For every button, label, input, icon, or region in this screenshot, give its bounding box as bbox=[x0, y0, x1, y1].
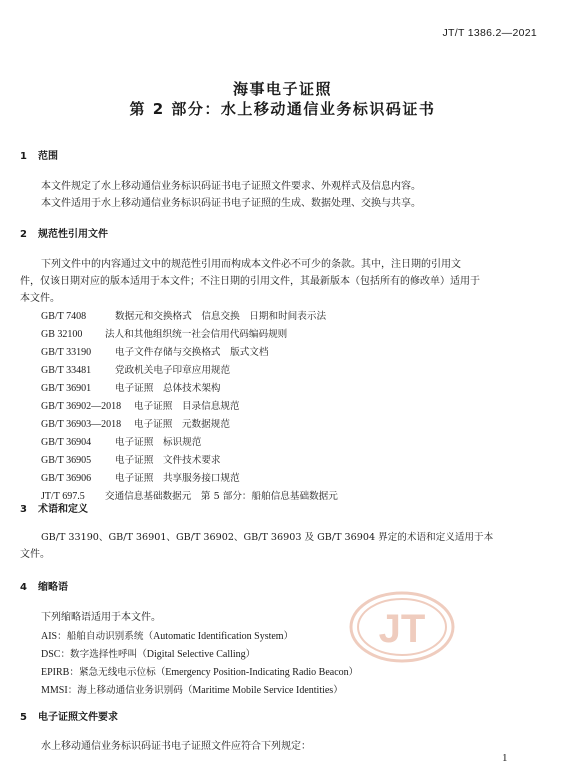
abbreviation: AIS bbox=[41, 631, 57, 642]
abbreviation-chinese: 船舶自动识别系统 bbox=[67, 631, 144, 642]
section-1-paragraph-1: 本文件规定了水上移动通信业务标识码证书电子证照文件要求、外观样式及信息内容。 bbox=[41, 178, 421, 195]
abbreviation-english: Emergency Position-Indicating Radio Beac… bbox=[165, 667, 348, 678]
section-number: 5 bbox=[20, 712, 38, 723]
abbreviation-english: Maritime Mobile Service Identities bbox=[192, 685, 333, 696]
abbreviation-chinese: 海上移动通信业务识别码 bbox=[77, 685, 183, 696]
reference-code: GB/T 36902—2018 bbox=[41, 401, 134, 412]
reference-title: 电子证照 元数据规范 bbox=[134, 416, 230, 430]
reference-item: GB/T 36905电子证照 文件技术要求 bbox=[41, 452, 221, 466]
section-5-paragraph: 水上移动通信业务标识码证书电子证照文件应符合下列规定： bbox=[41, 738, 311, 755]
section-title: 缩略语 bbox=[38, 582, 68, 593]
document-subtitle: 第 2 部分：水上移动通信业务标识码证书 bbox=[0, 98, 565, 119]
abbreviation-item: MMSI：海上移动通信业务识别码（Maritime Mobile Service… bbox=[41, 682, 343, 696]
reference-title: 电子证照 文件技术要求 bbox=[115, 452, 221, 466]
page-number: 1 bbox=[502, 752, 508, 764]
reference-item: GB/T 33481党政机关电子印章应用规范 bbox=[41, 362, 230, 376]
section-number: 4 bbox=[20, 582, 38, 593]
section-2-intro-line-1: 下列文件中的内容通过文中的规范性引用而构成本文件必不可少的条款。其中，注日期的引… bbox=[41, 256, 461, 273]
section-number: 1 bbox=[20, 151, 38, 162]
reference-code: GB/T 36904 bbox=[41, 437, 115, 448]
reference-title: 电子证照 目录信息规范 bbox=[134, 398, 240, 412]
reference-item: GB/T 33190电子文件存储与交换格式 版式文档 bbox=[41, 344, 269, 358]
jt-watermark-stamp: JT bbox=[348, 590, 456, 664]
reference-code: GB/T 36901 bbox=[41, 383, 115, 394]
section-title: 术语和定义 bbox=[38, 504, 88, 515]
watermark-text: JT bbox=[379, 607, 426, 651]
section-3-line-2: 文件。 bbox=[20, 546, 50, 563]
abbreviation-chinese: 数字选择性呼叫 bbox=[70, 649, 137, 660]
reference-title: 电子证照 总体技术架构 bbox=[115, 380, 221, 394]
abbreviation: DSC bbox=[41, 649, 60, 660]
abbreviation-english: Automatic Identification System bbox=[153, 631, 284, 642]
abbreviation: MMSI bbox=[41, 685, 68, 696]
section-number: 2 bbox=[20, 229, 38, 240]
section-2-intro-line-2: 件，仅该日期对应的版本适用于本文件；不注日期的引用文件，其最新版本（包括所有的修… bbox=[20, 273, 480, 290]
section-title: 范围 bbox=[38, 151, 58, 162]
abbreviation-english: Digital Selective Calling bbox=[147, 649, 246, 660]
section-1-paragraph-2: 本文件适用于水上移动通信业务标识码证书电子证照的生成、数据处理、交换与共享。 bbox=[41, 195, 421, 212]
section-4-heading: 4缩略语 bbox=[20, 578, 68, 593]
reference-code: GB/T 7408 bbox=[41, 311, 115, 322]
reference-item: GB/T 36903—2018电子证照 元数据规范 bbox=[41, 416, 230, 430]
section-title: 电子证照文件要求 bbox=[38, 712, 118, 723]
section-3-line-1: GB/T 33190、GB/T 36901、GB/T 36902、GB/T 36… bbox=[41, 529, 493, 546]
reference-code: GB/T 33481 bbox=[41, 365, 115, 376]
document-code: JT/T 1386.2—2021 bbox=[443, 27, 538, 39]
reference-title: 交通信息基础数据元 第 5 部分：船舶信息基础数据元 bbox=[105, 488, 338, 502]
reference-title: 电子证照 标识规范 bbox=[115, 434, 201, 448]
section-2-intro-line-3: 本文件。 bbox=[20, 290, 60, 307]
reference-code: GB/T 36903—2018 bbox=[41, 419, 134, 430]
reference-item: GB 32100法人和其他组织统一社会信用代码编码规则 bbox=[41, 326, 287, 340]
reference-item: GB/T 36906电子证照 共享服务接口规范 bbox=[41, 470, 240, 484]
jt-logo-icon: JT bbox=[348, 590, 456, 664]
reference-title: 电子文件存储与交换格式 版式文档 bbox=[115, 344, 269, 358]
abbreviation-item: AIS：船舶自动识别系统（Automatic Identification Sy… bbox=[41, 628, 293, 642]
reference-code: GB 32100 bbox=[41, 329, 105, 340]
section-5-heading: 5电子证照文件要求 bbox=[20, 708, 118, 723]
section-number: 3 bbox=[20, 504, 38, 515]
abbreviation: EPIRB bbox=[41, 667, 69, 678]
section-2-heading: 2规范性引用文件 bbox=[20, 225, 108, 240]
reference-code: GB/T 36906 bbox=[41, 473, 115, 484]
reference-title: 法人和其他组织统一社会信用代码编码规则 bbox=[105, 326, 287, 340]
abbreviation-chinese: 紧急无线电示位标 bbox=[79, 667, 156, 678]
section-title: 规范性引用文件 bbox=[38, 229, 108, 240]
abbreviation-item: DSC：数字选择性呼叫（Digital Selective Calling） bbox=[41, 646, 255, 660]
reference-item: GB/T 7408数据元和交换格式 信息交换 日期和时间表示法 bbox=[41, 308, 326, 322]
section-4-intro: 下列缩略语适用于本文件。 bbox=[41, 609, 161, 626]
reference-code: GB/T 36905 bbox=[41, 455, 115, 466]
reference-title: 党政机关电子印章应用规范 bbox=[115, 362, 230, 376]
reference-code: GB/T 33190 bbox=[41, 347, 115, 358]
document-title: 海事电子证照 bbox=[0, 78, 565, 99]
reference-item: GB/T 36902—2018电子证照 目录信息规范 bbox=[41, 398, 240, 412]
abbreviation-item: EPIRB：紧急无线电示位标（Emergency Position-Indica… bbox=[41, 664, 358, 678]
reference-item: GB/T 36901电子证照 总体技术架构 bbox=[41, 380, 221, 394]
reference-item: GB/T 36904电子证照 标识规范 bbox=[41, 434, 201, 448]
reference-title: 电子证照 共享服务接口规范 bbox=[115, 470, 240, 484]
section-3-heading: 3术语和定义 bbox=[20, 500, 88, 515]
section-1-heading: 1范围 bbox=[20, 147, 58, 162]
reference-title: 数据元和交换格式 信息交换 日期和时间表示法 bbox=[115, 308, 326, 322]
